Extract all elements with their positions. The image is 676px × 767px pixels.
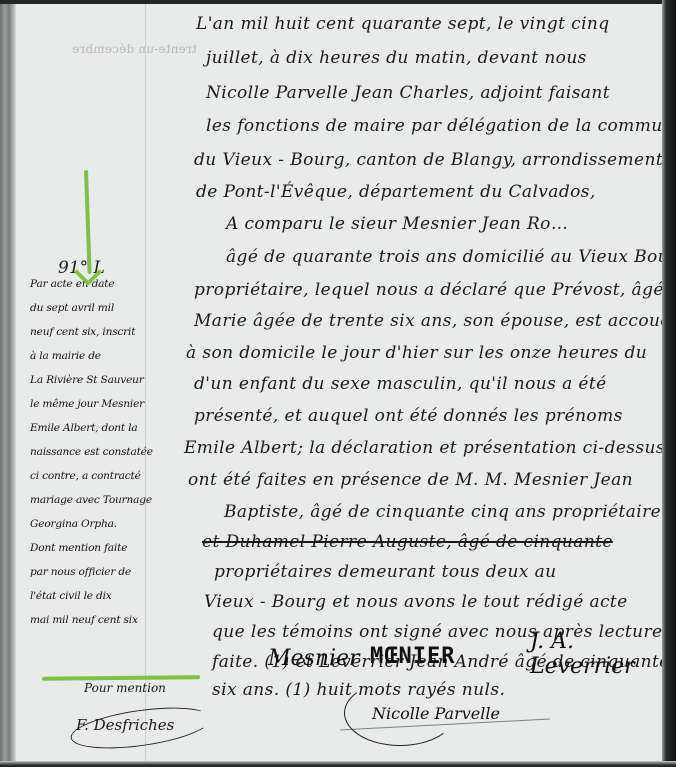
- signature-leverrier: J. A. Leverrier: [530, 629, 662, 679]
- body-line: propriétaire, lequel nous a déclaré que …: [194, 280, 662, 300]
- bleed-through-text: trente-un décembre: [72, 42, 197, 56]
- signature-mesnier: Mesnier: [268, 646, 360, 671]
- body-line: propriétaires demeurant tous deux au: [214, 562, 557, 582]
- body-line: ont été faites en présence de M. M. Mesn…: [188, 470, 633, 490]
- pour-mention-label: Pour mention: [84, 681, 166, 695]
- body-line: de Pont-l'Évêque, département du Calvado…: [196, 182, 596, 202]
- body-line: âgé de quarante trois ans domicilié au V…: [226, 247, 662, 267]
- margin-line: par nous officier de: [30, 560, 202, 584]
- green-underline-annotation: [42, 675, 200, 681]
- body-line: Baptiste, âgé de cinquante cinq ans prop…: [224, 502, 661, 522]
- margin-line: le même jour Mesnier: [30, 392, 202, 416]
- margin-line: mariage avec Tournage: [30, 488, 202, 512]
- margin-line: Georgina Orpha.: [30, 512, 202, 536]
- body-line: d'un enfant du sexe masculin, qu'il nous…: [194, 374, 607, 394]
- body-line: Vieux - Bourg et nous avons le tout rédi…: [204, 592, 628, 612]
- body-line: à son domicile le jour d'hier sur les on…: [186, 343, 647, 363]
- margin-line: l'état civil le dix: [30, 584, 202, 608]
- body-line: Emile Albert; la déclaration et présenta…: [184, 438, 662, 458]
- margin-line: neuf cent six, inscrit: [30, 320, 202, 344]
- signature-mesnier-block: MŒNIER: [370, 644, 455, 669]
- margin-line: Par acte en date: [30, 272, 202, 296]
- margin-line: Dont mention faite: [30, 536, 202, 560]
- body-line: Nicolle Parvelle Jean Charles, adjoint f…: [206, 83, 610, 103]
- page-right-edge: [662, 0, 676, 767]
- body-line: A comparu le sieur Mesnier Jean Ro…: [226, 214, 568, 234]
- margin-line: La Rivière St Sauveur: [30, 368, 202, 392]
- body-line: présenté, et auquel ont été donnés les p…: [194, 406, 623, 426]
- signature-mayor: Nicolle Parvelle: [372, 704, 500, 723]
- register-page: trente-un décembre 91° L Par acte en dat…: [0, 4, 662, 764]
- margin-line: Emile Albert, dont la: [30, 416, 202, 440]
- margin-line: naissance est constatée: [30, 440, 202, 464]
- body-line: juillet, à dix heures du matin, devant n…: [206, 48, 587, 68]
- margin-line: ci contre, a contracté: [30, 464, 202, 488]
- body-line: les fonctions de maire par délégation de…: [206, 116, 662, 136]
- body-line-struck: et Duhamel Pierre Auguste, âgé de cinqua…: [202, 532, 613, 552]
- body-line: du Vieux - Bourg, canton de Blangy, arro…: [194, 150, 662, 170]
- margin-line: mai mil neuf cent six: [30, 608, 202, 632]
- margin-line: du sept avril mil: [30, 296, 202, 320]
- margin-line: à la mairie de: [30, 344, 202, 368]
- margin-note: Par acte en date du sept avril mil neuf …: [30, 272, 202, 632]
- page-bottom-edge: [0, 761, 676, 767]
- body-line: L'an mil huit cent quarante sept, le vin…: [196, 14, 610, 34]
- body-line: Marie âgée de trente six ans, son épouse…: [194, 311, 662, 331]
- margin-signature: F. Desfriches: [76, 716, 174, 734]
- book-binding: [0, 4, 16, 764]
